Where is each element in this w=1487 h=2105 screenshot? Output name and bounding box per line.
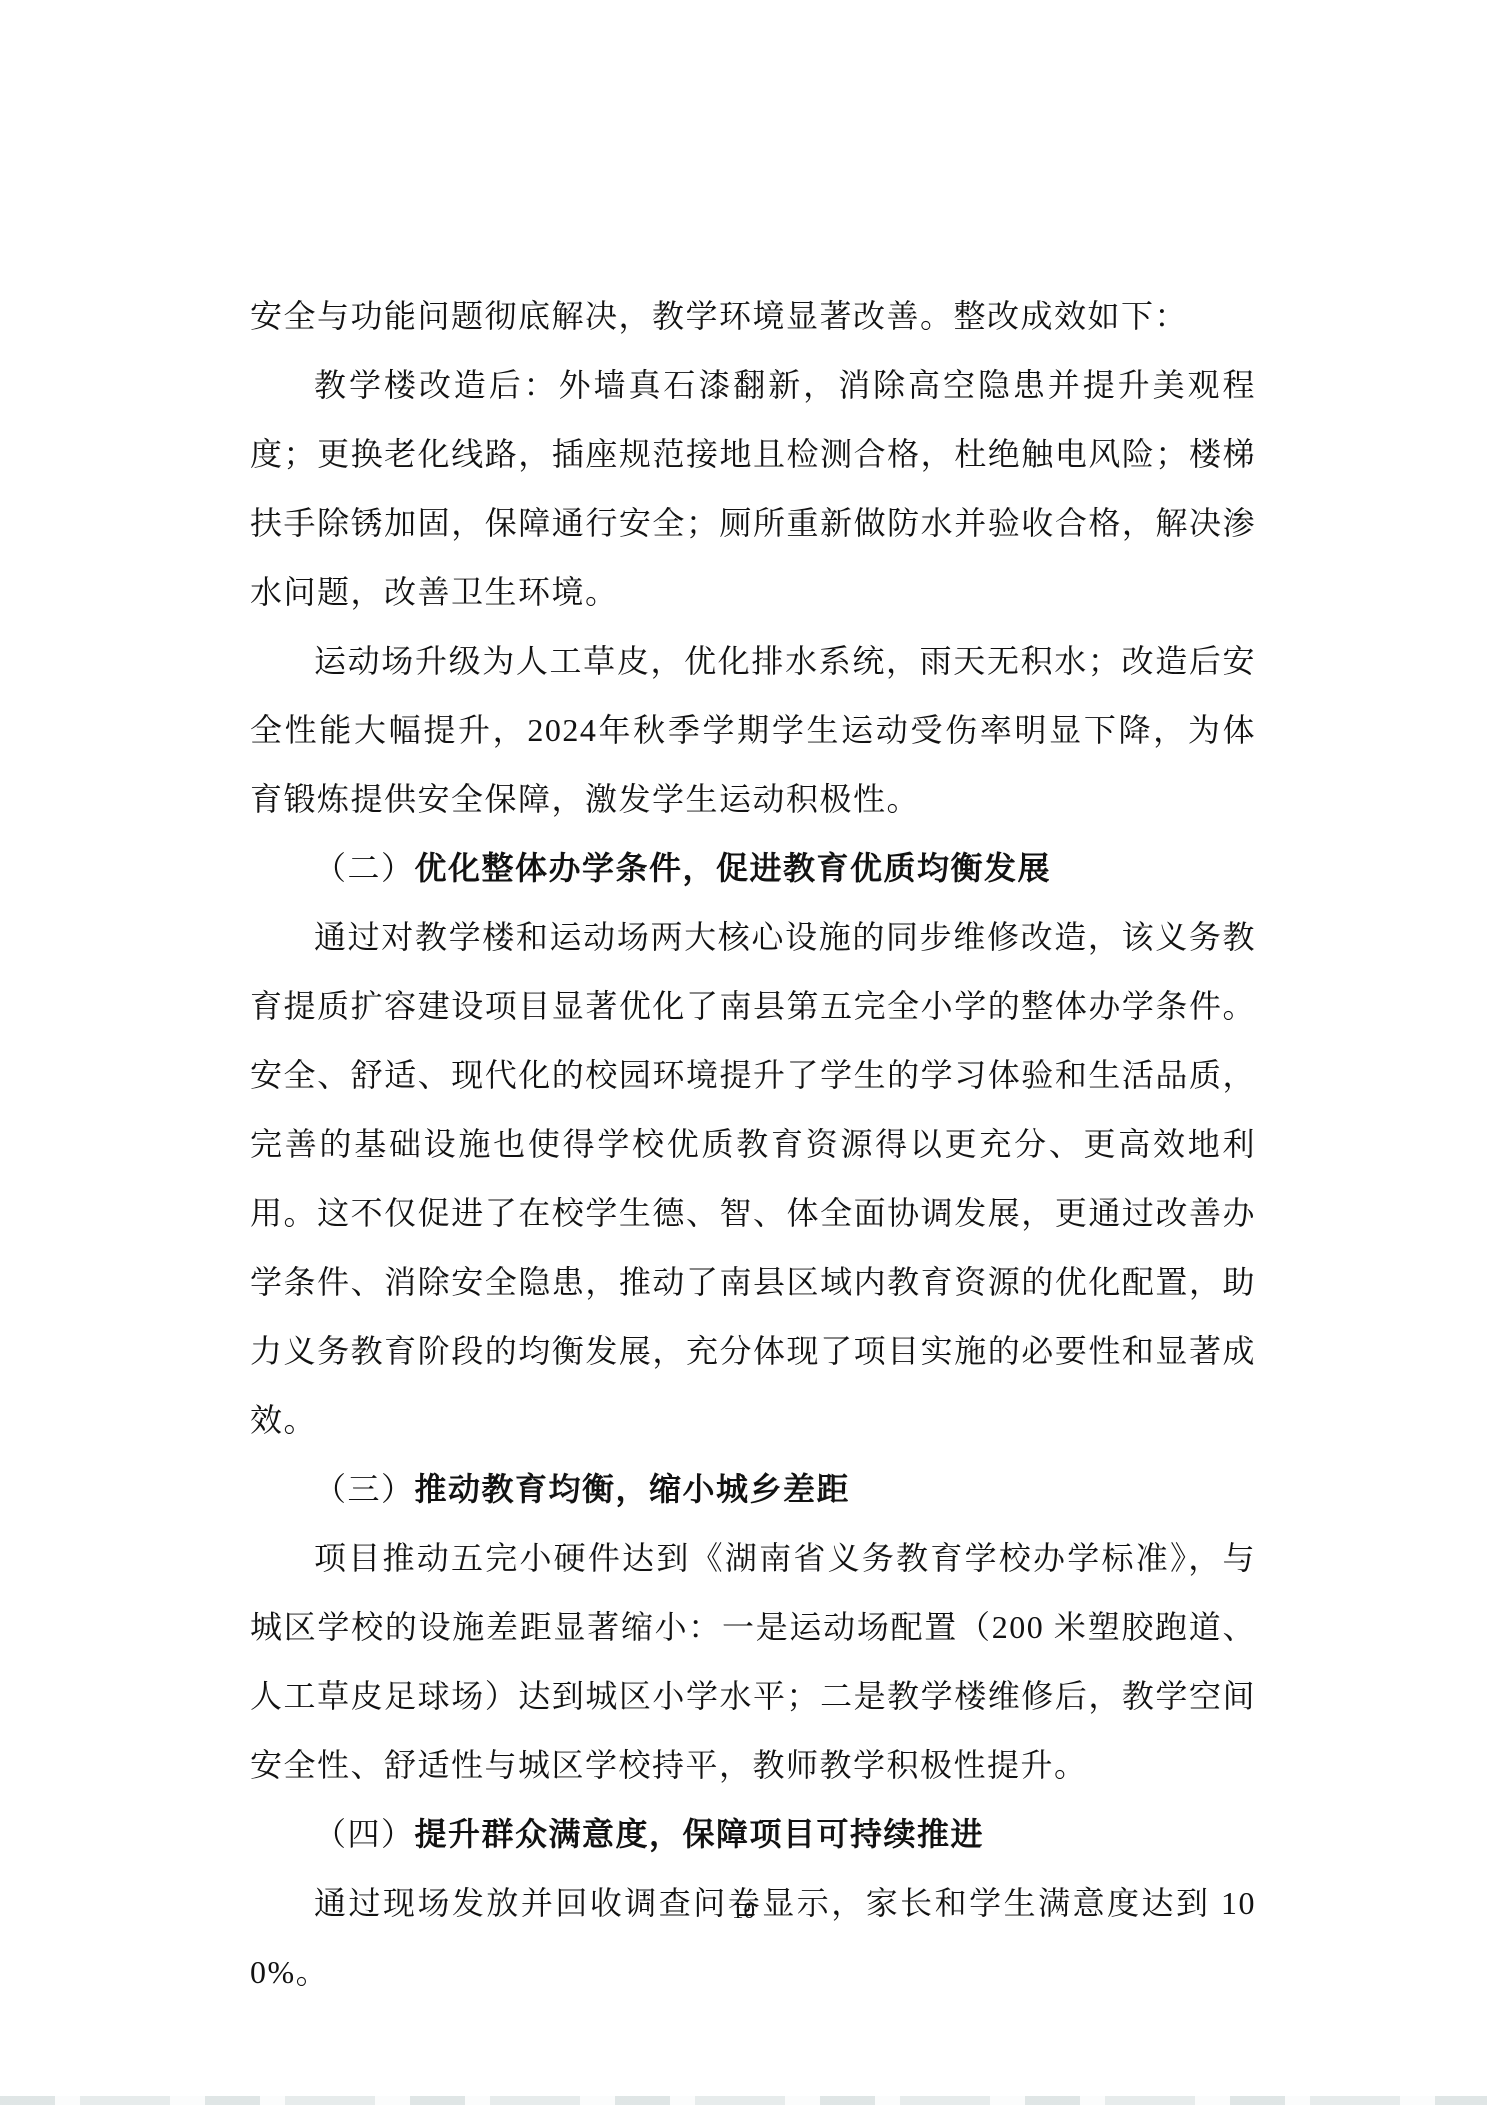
document-page: { "page": { "number": "10", "paragraphs"… (0, 0, 1487, 2105)
heading-text: 推动教育均衡，缩小城乡差距 (415, 1471, 851, 1507)
heading-number: （四） (314, 1816, 415, 1852)
text-block: 安全与功能问题彻底解决，教学环境显著改善。整改成效如下：教学楼改造后：外墙真石漆… (250, 282, 1256, 2007)
paragraph: 项目推动五完小硬件达到《湖南省义务教育学校办学标准》，与城区学校的设施差距显著缩… (250, 1524, 1256, 1800)
paragraph: 安全与功能问题彻底解决，教学环境显著改善。整改成效如下： (250, 282, 1256, 351)
scan-artifact (0, 2096, 1487, 2105)
paragraph: 通过对教学楼和运动场两大核心设施的同步维修改造，该义务教育提质扩容建设项目显著优… (250, 903, 1256, 1455)
heading-number: （二） (314, 850, 415, 886)
paragraph: 运动场升级为人工草皮，优化排水系统，雨天无积水；改造后安全性能大幅提升，2024… (250, 627, 1256, 834)
heading-text: 优化整体办学条件，促进教育优质均衡发展 (415, 850, 1052, 886)
paragraph: 通过现场发放并回收调查问卷显示，家长和学生满意度达到 100%。 (250, 1869, 1256, 2007)
section-heading: （四）提升群众满意度，保障项目可持续推进 (250, 1800, 1256, 1869)
heading-number: （三） (314, 1471, 415, 1507)
heading-text: 提升群众满意度，保障项目可持续推进 (415, 1816, 985, 1852)
paragraph: 教学楼改造后：外墙真石漆翻新，消除高空隐患并提升美观程度；更换老化线路，插座规范… (250, 351, 1256, 627)
section-heading: （二）优化整体办学条件，促进教育优质均衡发展 (250, 834, 1256, 903)
page-footer: 10 (0, 1898, 1487, 1924)
section-heading: （三）推动教育均衡，缩小城乡差距 (250, 1455, 1256, 1524)
page-number: 10 (732, 1898, 755, 1923)
